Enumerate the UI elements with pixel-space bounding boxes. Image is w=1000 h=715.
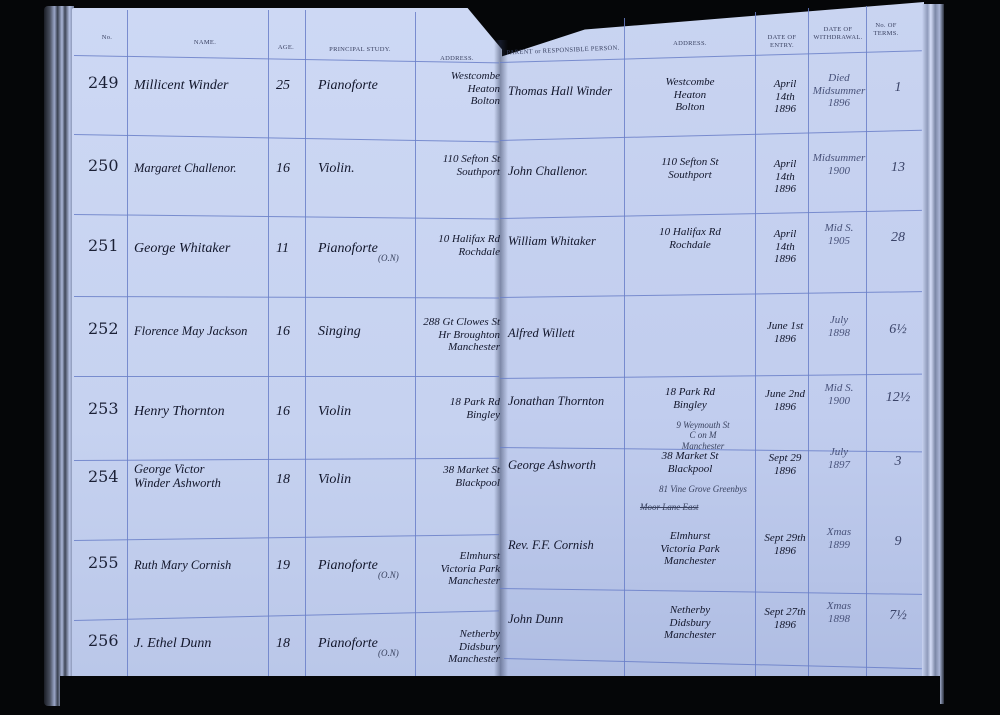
struck-address: Moor Lane East (640, 502, 750, 512)
rule (127, 10, 128, 678)
date-of-entry: Sept 29th 1896 (762, 532, 808, 557)
student-name: Margaret Challenor. (134, 161, 269, 175)
student-age: 11 (276, 241, 289, 257)
parent-address: Westcombe Heaton Bolton (630, 76, 750, 114)
date-of-entry: June 1st 1896 (762, 320, 808, 345)
date-of-entry: Sept 27th 1896 (762, 606, 808, 631)
parent-name: Jonathan Thornton (508, 394, 626, 408)
date-of-entry: April 14th 1896 (762, 228, 808, 266)
open-register-book: No. NAME. AGE. PRINCIPAL STUDY. ADDRESS.… (0, 0, 1000, 715)
number-of-terms: 7½ (880, 608, 916, 624)
number-of-terms: 3 (880, 454, 916, 470)
header-date-entry: DATE OF ENTRY. (758, 34, 806, 50)
rule (808, 8, 809, 676)
number-of-terms: 9 (880, 534, 916, 550)
date-of-withdrawal: Xmas 1899 (812, 526, 866, 551)
parent-name: William Whitaker (508, 234, 626, 248)
date-of-withdrawal: July 1897 (812, 446, 866, 471)
entry-number: 255 (88, 554, 119, 572)
student-address: Netherby Didsbury Manchester (420, 628, 500, 666)
parent-address: 110 Sefton St Southport (630, 156, 750, 181)
student-age: 19 (276, 558, 290, 574)
number-of-terms: 6½ (880, 322, 916, 338)
rule (624, 18, 625, 678)
header-date-withdrawal: DATE OF WITHDRAWAL. (810, 26, 866, 42)
parent-name: John Challenor. (508, 164, 626, 178)
header-principal-study: PRINCIPAL STUDY. (305, 46, 415, 54)
parent-name: George Ashworth (508, 458, 626, 472)
principal-study: Pianoforte (318, 241, 378, 257)
header-terms: No. OF TERMS. (866, 22, 906, 38)
date-of-withdrawal: Xmas 1898 (812, 600, 866, 625)
student-address: 18 Park Rd Bingley (420, 396, 500, 421)
principal-study: Violin (318, 472, 351, 488)
rule (268, 10, 269, 678)
entry-number: 252 (88, 320, 119, 338)
student-address: Westcombe Heaton Bolton (420, 70, 500, 108)
date-of-withdrawal: Died Midsummer 1896 (812, 72, 866, 110)
number-of-terms: 13 (880, 160, 916, 176)
bottom-shadow (60, 676, 940, 715)
header-parent-address: ADDRESS. (640, 40, 740, 48)
date-of-withdrawal: Midsummer 1900 (812, 152, 866, 177)
date-of-entry: April 14th 1896 (762, 158, 808, 196)
principal-study: Pianoforte (318, 558, 378, 574)
student-age: 25 (276, 78, 290, 94)
entry-number: 254 (88, 468, 119, 486)
student-age: 16 (276, 161, 290, 177)
student-address: 38 Market St Blackpool (420, 464, 500, 489)
study-note: (O.N) (378, 648, 399, 658)
right-page-edges (922, 4, 944, 704)
entry-number: 250 (88, 157, 119, 175)
principal-study: Singing (318, 324, 361, 340)
student-age: 16 (276, 324, 290, 340)
student-address: Elmhurst Victoria Park Manchester (420, 550, 500, 588)
number-of-terms: 12½ (880, 390, 916, 406)
header-address: ADDRESS. (418, 55, 496, 63)
header-name: NAME. (180, 39, 230, 47)
parent-address: Elmhurst Victoria Park Manchester (630, 530, 750, 568)
principal-study: Pianoforte (318, 78, 378, 94)
header-age: AGE. (268, 44, 304, 52)
parent-name: Rev. F.F. Cornish (508, 538, 626, 552)
student-name: Ruth Mary Cornish (134, 558, 269, 572)
principal-study: Pianoforte (318, 636, 378, 652)
date-of-withdrawal: July 1898 (812, 314, 866, 339)
parent-name: Thomas Hall Winder (508, 84, 626, 98)
student-address: 10 Halifax Rd Rochdale (420, 233, 500, 258)
parent-address: Netherby Didsbury Manchester (630, 604, 750, 642)
student-address: 288 Gt Clowes St Hr Broughton Manchester (420, 316, 500, 354)
number-of-terms: 1 (880, 80, 916, 96)
entry-number: 249 (88, 74, 119, 92)
rule (866, 6, 867, 676)
entry-number: 256 (88, 632, 119, 650)
date-of-entry: Sept 29 1896 (762, 452, 808, 477)
student-name: Millicent Winder (134, 78, 269, 94)
date-of-withdrawal: Mid S. 1905 (812, 222, 866, 247)
rule (74, 376, 499, 377)
study-note: (O.N) (378, 253, 399, 263)
number-of-terms: 28 (880, 230, 916, 246)
student-age: 16 (276, 404, 290, 420)
parent-address: 38 Market St Blackpool (630, 450, 750, 475)
student-name: George Whitaker (134, 241, 269, 257)
parent-address-note: 81 Vine Grove Greenbys (638, 484, 768, 494)
student-address: 110 Sefton St Southport (420, 153, 500, 178)
parent-address: 18 Park Rd Bingley (630, 386, 750, 411)
student-name: George Victor Winder Ashworth (134, 462, 269, 491)
student-age: 18 (276, 636, 290, 652)
student-name: J. Ethel Dunn (134, 636, 269, 652)
date-of-withdrawal: Mid S. 1900 (812, 382, 866, 407)
entry-number: 251 (88, 237, 119, 255)
date-of-entry: June 2nd 1896 (762, 388, 808, 413)
parent-name: Alfred Willett (508, 326, 626, 340)
header-no: No. (95, 34, 119, 42)
student-name: Florence May Jackson (134, 324, 269, 338)
student-age: 18 (276, 472, 290, 488)
rule (415, 12, 416, 678)
principal-study: Violin. (318, 161, 355, 177)
student-name: Henry Thornton (134, 404, 269, 420)
parent-address: 10 Halifax Rd Rochdale (630, 226, 750, 251)
date-of-entry: April 14th 1896 (762, 78, 808, 116)
parent-address-note: 9 Weymouth St C on M Manchester (638, 420, 768, 451)
principal-study: Violin (318, 404, 351, 420)
study-note: (O.N) (378, 570, 399, 580)
entry-number: 253 (88, 400, 119, 418)
rule (755, 12, 756, 677)
parent-name: John Dunn (508, 612, 626, 626)
rule (305, 10, 306, 678)
left-page-edges (44, 6, 74, 706)
